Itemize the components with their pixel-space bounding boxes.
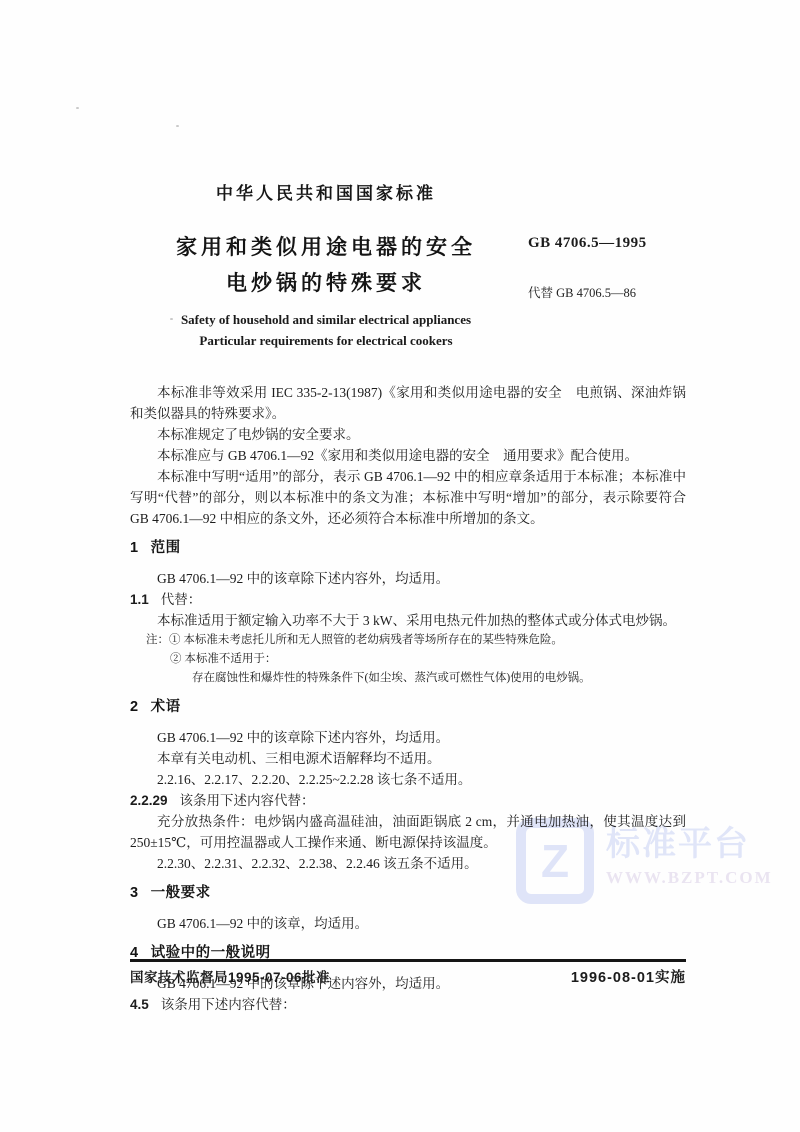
foreword-paragraph: 本标准非等效采用 IEC 335-2-13(1987)《家用和类似用途电器的安全… (130, 382, 686, 424)
foreword: 本标准非等效采用 IEC 335-2-13(1987)《家用和类似用途电器的安全… (130, 382, 686, 529)
clause-text: 该条用下述内容代替： (180, 793, 315, 808)
foreword-paragraph: 本标准规定了电炒锅的安全要求。 (130, 424, 686, 445)
note-line: 存在腐蚀性和爆炸性的特殊条件下(如尘埃、蒸汽或可燃性气体)使用的电炒锅。 (130, 669, 686, 688)
scan-speck (76, 107, 79, 109)
clause-number: 4.5 (130, 997, 149, 1012)
standard-type-heading: 中华人民共和国国家标准 (130, 184, 522, 204)
foreword-paragraph: 本标准应与 GB 4706.1—92《家用和类似用途电器的安全 通用要求》配合使… (130, 445, 686, 466)
section-paragraph: 2.2.16、2.2.17、2.2.20、2.2.25~2.2.28 该七条不适… (130, 769, 686, 790)
replaces-note: 代替 GB 4706.5—86 (528, 283, 636, 301)
section-paragraph: GB 4706.1—92 中的该章，均适用。 (130, 913, 686, 934)
document-content: 中华人民共和国国家标准 家用和类似用途电器的安全 电炒锅的特殊要求 Safety… (130, 0, 686, 1015)
english-title-line2: Particular requirements for electrical c… (130, 330, 522, 351)
clause-line: 1.1代替： (130, 589, 686, 610)
document-header: 中华人民共和国国家标准 家用和类似用途电器的安全 电炒锅的特殊要求 Safety… (130, 184, 686, 351)
implementation-date: 1996-08-01实施 (571, 966, 686, 987)
section-number: 3 (130, 885, 139, 901)
section-paragraph: 2.2.30、2.2.31、2.2.32、2.2.38、2.2.46 该五条不适… (130, 853, 686, 874)
section-paragraph: 充分放热条件：电炒锅内盛高温硅油，油面距锅底 2 cm，并通电加热油，使其温度达… (130, 811, 686, 853)
approval-statement: 国家技术监督局1995-07-06批准 (130, 966, 330, 986)
standard-title-line2: 电炒锅的特殊要求 (130, 266, 522, 302)
standard-title-line1: 家用和类似用途电器的安全 (130, 230, 522, 266)
section-paragraph: 本标准适用于额定输入功率不大于 3 kW、采用电热元件加热的整体式或分体式电炒锅… (130, 610, 686, 631)
section-number: 1 (130, 540, 139, 556)
section-title: 术语 (151, 699, 181, 715)
clause-line: 2.2.29该条用下述内容代替： (130, 790, 686, 811)
clause-line: 4.5该条用下述内容代替： (130, 994, 686, 1015)
section-title: 范围 (151, 540, 181, 556)
note-line: 注：① 本标准未考虑托儿所和无人照管的老幼病残者等场所存在的某些特殊危险。 (130, 631, 686, 650)
title-block: 中华人民共和国国家标准 家用和类似用途电器的安全 电炒锅的特殊要求 Safety… (130, 184, 522, 351)
section-paragraph: GB 4706.1—92 中的该章除下述内容外，均适用。 (130, 727, 686, 748)
clause-text: 代替： (161, 592, 202, 607)
section-number: 2 (130, 699, 139, 715)
standard-number: GB 4706.5—1995 (528, 235, 647, 252)
english-title-line1: Safety of household and similar electric… (130, 309, 522, 330)
foreword-paragraph: 本标准中写明“适用”的部分，表示 GB 4706.1—92 中的相应章条适用于本… (130, 466, 686, 529)
section-title: 一般要求 (151, 885, 211, 901)
section-heading-1: 1范围 (130, 539, 686, 557)
document-footer: 国家技术监督局1995-07-06批准 1996-08-01实施 (130, 959, 686, 987)
clause-text: 该条用下述内容代替： (161, 997, 296, 1012)
note-line: ② 本标准不适用于： (130, 650, 686, 669)
section-paragraph: GB 4706.1—92 中的该章除下述内容外，均适用。 (130, 568, 686, 589)
section-heading-2: 2术语 (130, 698, 686, 716)
scanned-standard-page: Z 标准平台 WWW.BZPT.COM 中华人民共和国国家标准 家用和类似用途电… (0, 0, 800, 1132)
clause-number: 2.2.29 (130, 793, 168, 808)
clause-number: 1.1 (130, 592, 149, 607)
section-heading-3: 3一般要求 (130, 884, 686, 902)
section-paragraph: 本章有关电动机、三相电源术语解释均不适用。 (130, 748, 686, 769)
